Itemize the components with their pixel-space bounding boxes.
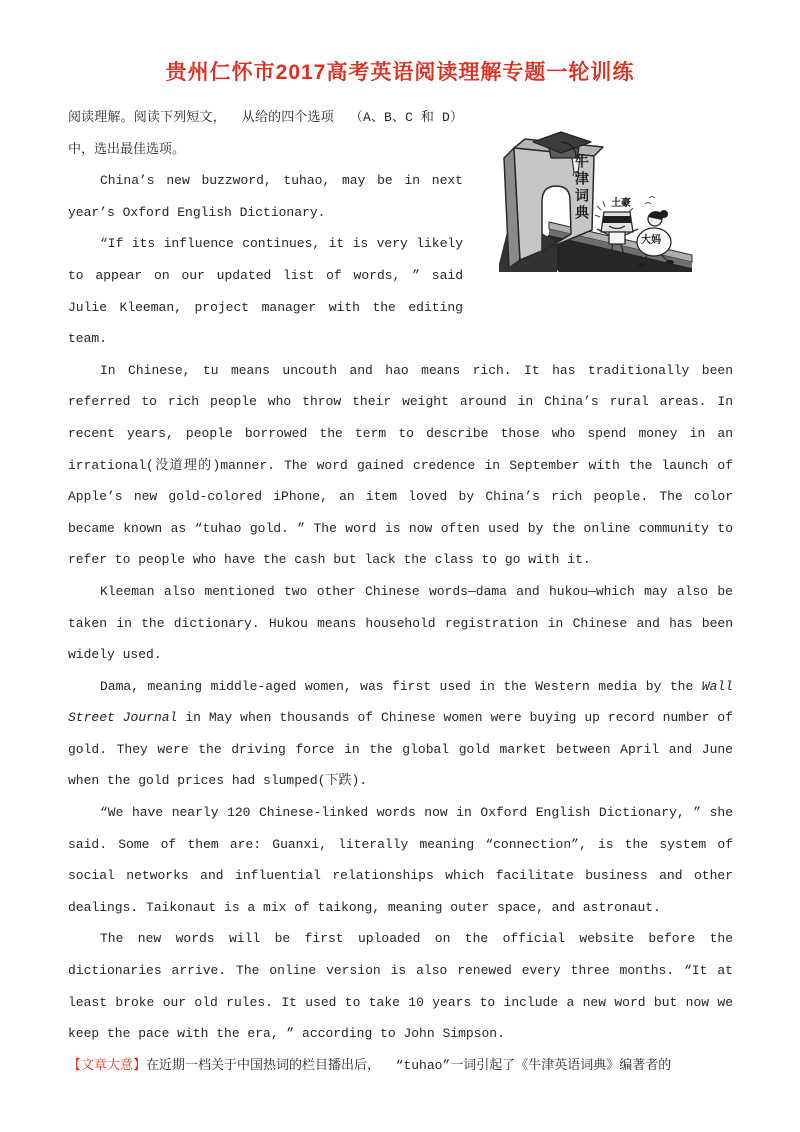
text-run: The new words will be first uploaded on … [68, 931, 733, 1041]
page-title: 贵州仁怀市2017高考英语阅读理解专题一轮训练 [0, 56, 800, 86]
cartoon-illustration: 牛津词典 土豪 大妈 [463, 102, 733, 302]
text-run: Dama, meaning middle-aged women, was fir… [100, 679, 702, 694]
text-run: “If its influence continues, it is very … [68, 236, 463, 346]
summary-text: 在近期一档关于中国热词的栏目播出后， “tuhao”一词引起了《牛津英语词典》编… [146, 1058, 671, 1073]
article-content: 牛津词典 土豪 大妈 阅读理解。阅读下列短文， 从给的四个选项 （A、B、C 和… [68, 102, 733, 1081]
text-run: Kleeman also mentioned two other Chinese… [68, 584, 733, 662]
dama-motion-marks [645, 197, 655, 205]
dama-shoe-left [638, 263, 646, 267]
text-run: “We have nearly 120 Chinese-linked words… [68, 805, 733, 915]
cartoon-svg [499, 130, 697, 272]
dama-hair-bun [660, 210, 668, 218]
document-page: 贵州仁怀市2017高考英语阅读理解专题一轮训练 [0, 0, 800, 1132]
article-paragraph: “We have nearly 120 Chinese-linked words… [68, 797, 733, 923]
article-paragraph: Kleeman also mentioned two other Chinese… [68, 576, 733, 671]
article-paragraph: The new words will be first uploaded on … [68, 923, 733, 1049]
text-run: In Chinese, tu means uncouth and hao mea… [68, 363, 733, 568]
cartoon-box: 牛津词典 土豪 大妈 [499, 130, 697, 272]
summary-line: 【文章大意】在近期一档关于中国热词的栏目播出后， “tuhao”一词引起了《牛津… [68, 1050, 733, 1082]
article-paragraph: In Chinese, tu means uncouth and hao mea… [68, 355, 733, 576]
tuhao-sunglasses [603, 216, 631, 223]
text-run: China’s new buzzword, tuhao, may be in n… [68, 173, 463, 220]
dama-label: 大妈 [641, 231, 661, 246]
summary-label: 【文章大意】 [68, 1058, 146, 1073]
tuhao-label: 土豪 [611, 194, 631, 209]
dama-shoe-right [666, 260, 674, 264]
arch-label: 牛津词典 [572, 154, 592, 222]
tuhao-body [609, 232, 625, 244]
article-paragraph: Dama, meaning middle-aged women, was fir… [68, 671, 733, 797]
